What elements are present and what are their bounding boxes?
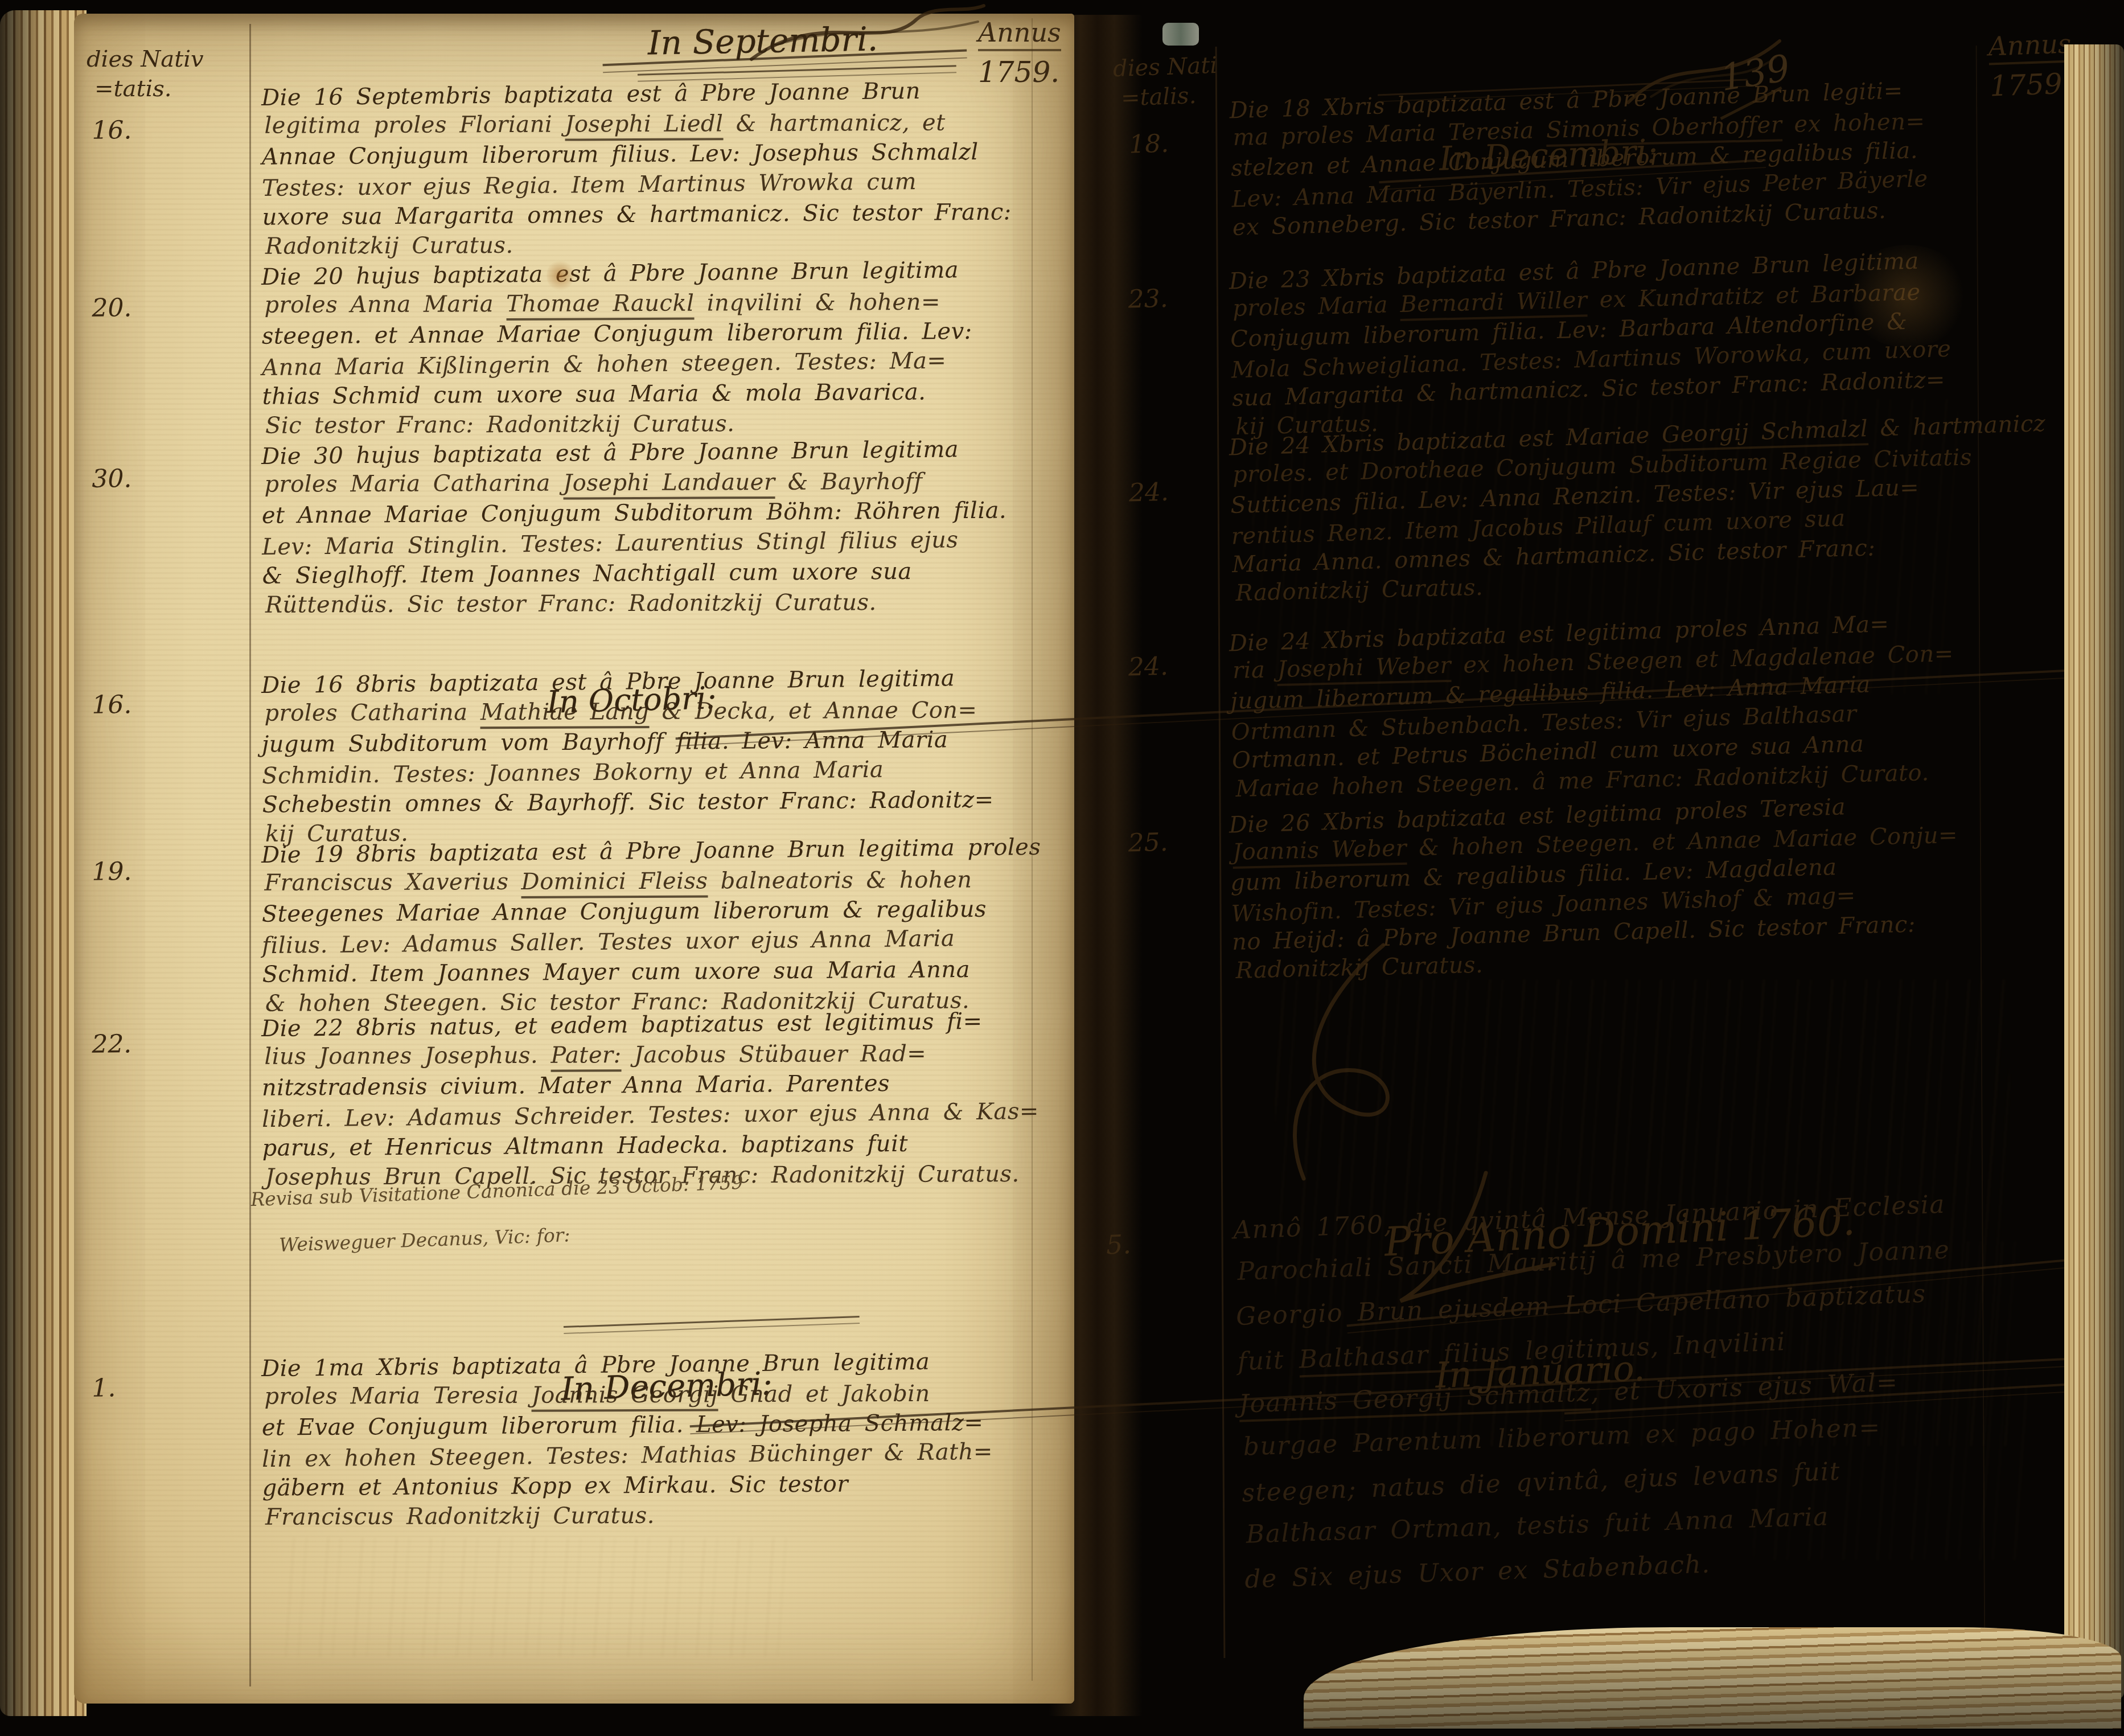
- year-section-flourish-icon: [1270, 934, 1429, 1201]
- entry-text: Annô 1760, die qvintâ Mense Januario in …: [1233, 1180, 2058, 1602]
- entry-day-number: 30.: [92, 464, 132, 493]
- baptism-entry: 24. Die 24 Xbris baptizata est legitima …: [1108, 606, 2046, 809]
- entry-day-number: 16.: [92, 116, 132, 145]
- entry-day-number: 1.: [92, 1373, 116, 1402]
- year-word: Annus: [1988, 28, 2072, 65]
- month-header-september: In Septembri.: [580, 18, 945, 63]
- underlined-name: Bernardi Willer: [1400, 287, 1588, 321]
- entry-text: Die 18 Xbris baptizata est â Pbre Joanne…: [1229, 73, 2045, 243]
- entry-line: Franciscus Radonitzkij Curatus.: [265, 1499, 1051, 1533]
- entry-text: Die 24 Xbris baptizata est Mariae Georgi…: [1229, 411, 2046, 609]
- entry-line: proles Catharina Mathiae Lang & Decka, e…: [264, 695, 1050, 729]
- book-fore-edge-right: [2064, 44, 2124, 1699]
- month-header-text: In Septembri.: [647, 19, 878, 62]
- year-word: Annus: [978, 17, 1061, 51]
- underlined-name: Josephi Landauer: [563, 469, 775, 500]
- underlined-name: Josephi Liedl: [565, 110, 723, 141]
- entry-day-number: 19.: [92, 857, 132, 886]
- binding-thread: [1162, 23, 1199, 46]
- baptism-entry-january: 5. Annô 1760, die qvintâ Mense Januario …: [1100, 1180, 2058, 1606]
- baptism-entry: 24. Die 24 Xbris baptizata est Mariae Ge…: [1108, 411, 2046, 613]
- entry-text: Die 16 Septembris baptizata est â Pbre J…: [261, 76, 1048, 263]
- margin-header-line: dies Nativ: [87, 44, 204, 74]
- entry-day-number: 23.: [1128, 284, 1168, 314]
- entry-text: Die 24 Xbris baptizata est legitima prol…: [1229, 606, 2046, 805]
- entry-text: Die 30 hujus baptizata est â Pbre Joanne…: [261, 435, 1048, 622]
- entry-text: Die 20 hujus baptizata est â Pbre Joanne…: [261, 256, 1048, 442]
- entry-text: Die 22 8bris natus, et eadem baptizatus …: [261, 1007, 1048, 1194]
- entry-line: lius Joannes Josephus. Pater: Jacobus St…: [264, 1039, 1050, 1072]
- entry-day-number: 20.: [92, 293, 132, 322]
- entry-day-number: 22.: [92, 1029, 132, 1058]
- underlined-name: Thomae Rauckl: [506, 290, 694, 321]
- underlined-name: Dominici Fleiss: [521, 868, 708, 898]
- underlined-name: Simonis Oberhoffer: [1546, 112, 1782, 147]
- underlined-name: Joannis Weber: [1233, 835, 1407, 869]
- baptism-entry: 18. Die 18 Xbris baptizata est â Pbre Jo…: [1108, 73, 2045, 246]
- entry-line: proles Maria Catharina Josephi Landauer …: [264, 466, 1050, 500]
- baptism-entry: 19. Die 19 8bris baptizata est â Pbre Jo…: [79, 834, 1048, 1021]
- entry-line: proles Anna Maria Thomae Rauckl inqvilin…: [264, 287, 1050, 321]
- manuscript-scan: dies Nativ =tatis. In Septembri. Annus 1…: [0, 0, 2124, 1736]
- entry-line: legitima proles Floriani Josephi Liedl &…: [264, 108, 1050, 141]
- baptism-entry: 16. Die 16 Septembris baptizata est â Pb…: [79, 76, 1048, 264]
- entry-line: proles Maria Teresia Joannis Georgij Gna…: [264, 1378, 1050, 1412]
- baptism-entry: 30. Die 30 hujus baptizata est â Pbre Jo…: [79, 435, 1048, 623]
- entry-line: Franciscus Xaverius Dominici Fleiss baln…: [264, 865, 1050, 898]
- baptism-entry: 16. Die 16 8bris baptizata est â Pbre Jo…: [79, 664, 1048, 852]
- baptism-entry: 22. Die 22 8bris natus, et eadem baptiza…: [79, 1007, 1048, 1195]
- underlined-name: Josephi Weber: [1277, 652, 1452, 686]
- baptism-entry: 20. Die 20 hujus baptizata est â Pbre Jo…: [79, 256, 1048, 444]
- margin-header-line: dies Nati: [1112, 51, 1218, 84]
- underlined-name: Mathiae Lang: [480, 699, 650, 729]
- entry-day-number: 24.: [1128, 652, 1168, 682]
- entry-day-number: 24.: [1128, 478, 1169, 508]
- underlined-name: Joannis Georgij: [532, 1381, 718, 1411]
- entry-day-number: 5.: [1106, 1229, 1132, 1260]
- entry-line: Rüttendüs. Sic testor Franc: Radonitzkij…: [265, 587, 1051, 621]
- baptism-entry: 1. Die 1ma Xbris baptizata â Pbre Joanne…: [79, 1347, 1048, 1535]
- underlined-name: Pater:: [550, 1042, 622, 1072]
- entry-text: Die 19 8bris baptizata est â Pbre Joanne…: [261, 834, 1048, 1020]
- entry-text: Die 16 8bris baptizata est â Pbre Joanne…: [261, 664, 1048, 851]
- entry-day-number: 25.: [1128, 828, 1168, 858]
- baptism-entry: 25. Die 26 Xbris baptizata est legitima …: [1108, 788, 2046, 990]
- entry-day-number: 16.: [92, 690, 132, 719]
- underlined-name: Balthasar filius: [1299, 1337, 1511, 1378]
- entry-day-number: 18.: [1128, 129, 1169, 159]
- entry-text: Die 1ma Xbris baptizata â Pbre Joanne Br…: [261, 1347, 1048, 1534]
- page-bottom-edges: [1304, 1627, 2121, 1729]
